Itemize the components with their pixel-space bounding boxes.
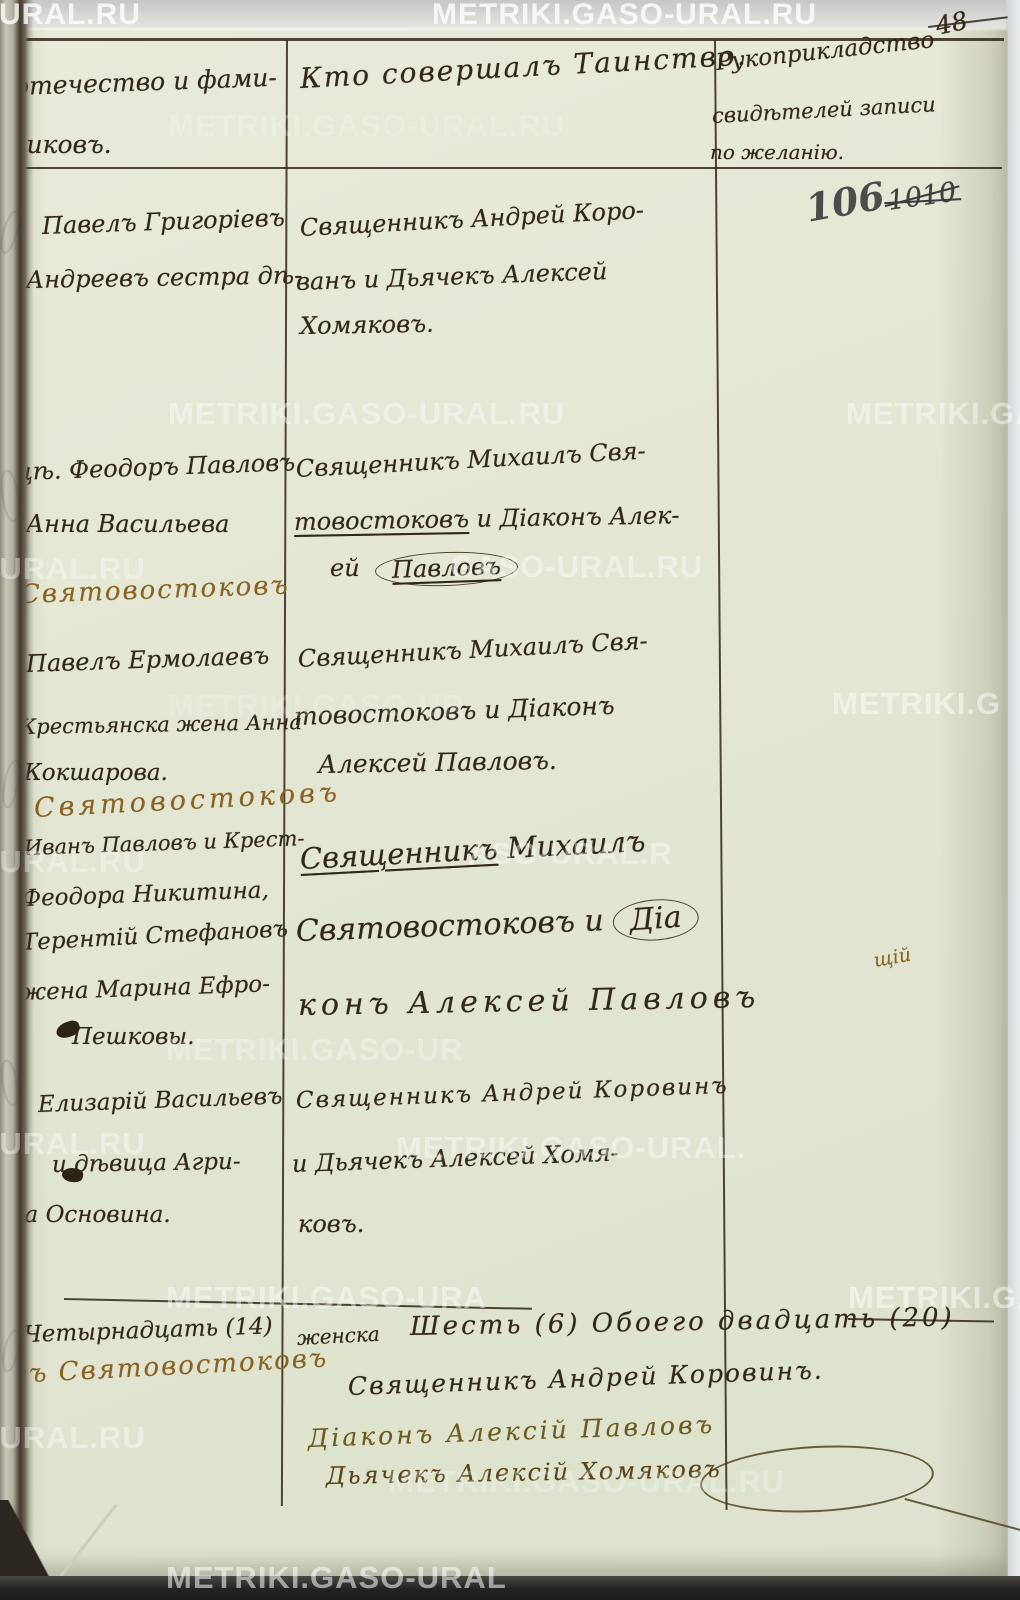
- entry2-clergy-underlined: товостоковъ: [294, 505, 469, 536]
- watermark: METRIKI.GASO-URAL.RU: [168, 108, 565, 144]
- watermark: METRIKI.GASO-URAL.RU: [432, 0, 817, 32]
- watermark: -URAL.RU: [0, 844, 146, 880]
- watermark: -URAL.RU: [0, 551, 146, 587]
- header-col3-line3: по желанію.: [710, 140, 844, 164]
- watermark: METRIKI.GASO-URAL.RU: [168, 396, 565, 432]
- watermark: GASO-URAL.RU: [450, 549, 703, 585]
- watermark: METRIKI.GASO-URAL: [166, 1560, 507, 1596]
- header-bottom-rule: [6, 167, 1002, 169]
- entry1-left-line2: Андреевъ сестра дѣ-: [26, 261, 303, 294]
- entry4-clergy-circled: Діа: [612, 896, 701, 943]
- entry2-clergy-line3-prefix: ей: [330, 554, 360, 582]
- entry5-clergy-line3: ковъ.: [298, 1210, 364, 1238]
- watermark: -URAL.RU: [0, 0, 141, 32]
- watermark: METRIKI.G: [832, 686, 1001, 722]
- watermark: METRIKI.GASO-UR: [166, 1032, 463, 1068]
- entry5-left-line3: за Основина.: [12, 1202, 171, 1228]
- entry1-clergy-line3: Хомяковъ.: [300, 310, 434, 340]
- watermark: METRIKI.GA: [848, 1280, 1020, 1316]
- watermark: METRIKI.GA: [846, 396, 1020, 432]
- watermark: METRIKI.GASO-URA: [166, 1280, 487, 1316]
- entry4-clergy-line2-prefix: Святовостоковъ и: [295, 903, 613, 949]
- scanned-metric-book-page: 48 отечество и фами- никовъ. Кто соверша…: [0, 0, 1020, 1600]
- entry2-clergy-line2-rest: и Діаконъ Алек-: [469, 501, 680, 533]
- entry2-left-line2: Анна Васильева: [26, 510, 229, 538]
- watermark: -URAL.RU: [0, 1420, 146, 1456]
- scan-right-edge: [1006, 0, 1020, 1578]
- watermark: METRIKI.GASO-URAL.: [396, 1130, 746, 1166]
- watermark: METRIKI.GASO-URAL.RU: [388, 1464, 785, 1500]
- watermark: -URAL.RU: [0, 1126, 146, 1162]
- entry3-left-line3: Кокшарова.: [24, 760, 168, 786]
- watermark: ASO-URAL.R: [468, 836, 673, 872]
- scan-bottom-edge: [0, 1576, 1020, 1600]
- entry3-clergy-line3: Алексей Павловъ.: [318, 746, 557, 779]
- watermark: METRIKI.GASO-UR: [168, 688, 465, 724]
